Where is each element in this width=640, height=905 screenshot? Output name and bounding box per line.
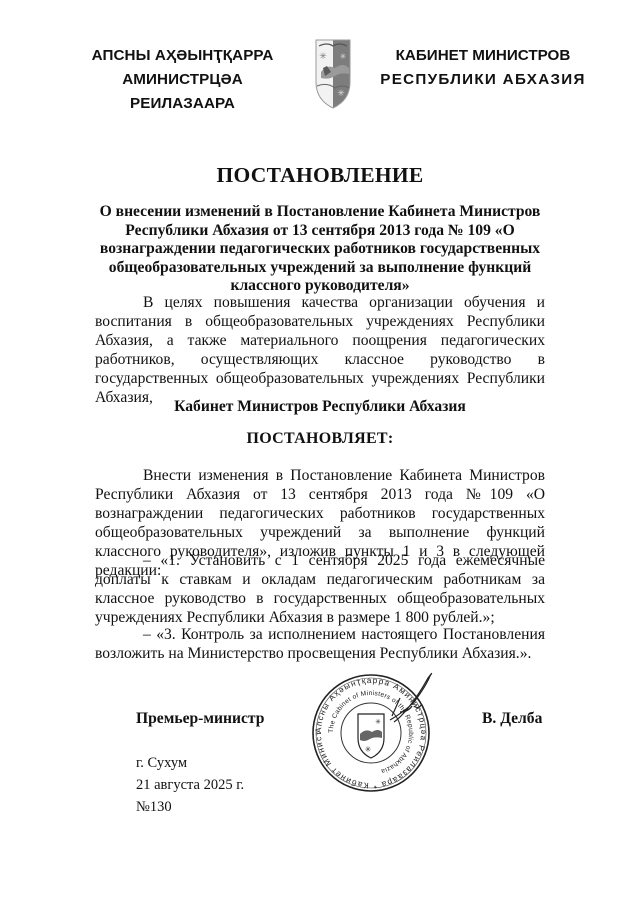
decrees-heading: ПОСТАНОВЛЯЕТ: xyxy=(0,430,640,448)
preamble-paragraph: В целях повышения качества организации о… xyxy=(95,293,545,407)
svg-text:✳: ✳ xyxy=(337,88,345,98)
coat-of-arms-icon: ✳ ✳ ✳ xyxy=(313,38,353,110)
svg-text:✳: ✳ xyxy=(319,51,327,61)
svg-text:✳: ✳ xyxy=(365,745,372,754)
document-type-title: ПОСТАНОВЛЕНИЕ xyxy=(0,163,640,188)
document-number: №130 xyxy=(136,799,172,816)
header-left-line1: АПСНЫ АҲӘЫНҬҚАРРА xyxy=(70,44,295,68)
header-left-abkhaz: АПСНЫ АҲӘЫНҬҚАРРА АМИНИСТРЦӘА РЕИЛАЗААРА xyxy=(70,44,295,116)
document-date: 21 августа 2025 г. xyxy=(136,777,244,794)
clause-3-paragraph: – «3. Контроль за исполнением настоящего… xyxy=(95,625,545,663)
header-left-line2: АМИНИСТРЦӘА РЕИЛАЗААРА xyxy=(70,68,295,116)
header-right-line2: РЕСПУБЛИКИ АБХАЗИЯ xyxy=(378,68,588,92)
document-subject: О внесении изменений в Постановление Каб… xyxy=(95,203,545,296)
signatory-name: В. Делба xyxy=(482,710,542,728)
header-right-russian: КАБИНЕТ МИНИСТРОВ РЕСПУБЛИКИ АБХАЗИЯ xyxy=(378,44,588,92)
issuer-line: Кабинет Министров Республики Абхазия xyxy=(0,398,640,416)
clause-1-paragraph: – «1. Установить с 1 сентября 2025 года … xyxy=(95,551,545,627)
signatory-position: Премьер-министр xyxy=(136,710,264,728)
document-city: г. Сухум xyxy=(136,755,187,772)
official-seal-icon: Апсны Аҳәынҭқарра Аминистрцәа Реилазаара… xyxy=(296,672,446,802)
svg-text:✳: ✳ xyxy=(375,718,381,726)
header-right-line1: КАБИНЕТ МИНИСТРОВ xyxy=(378,44,588,68)
svg-text:✳: ✳ xyxy=(340,52,347,61)
